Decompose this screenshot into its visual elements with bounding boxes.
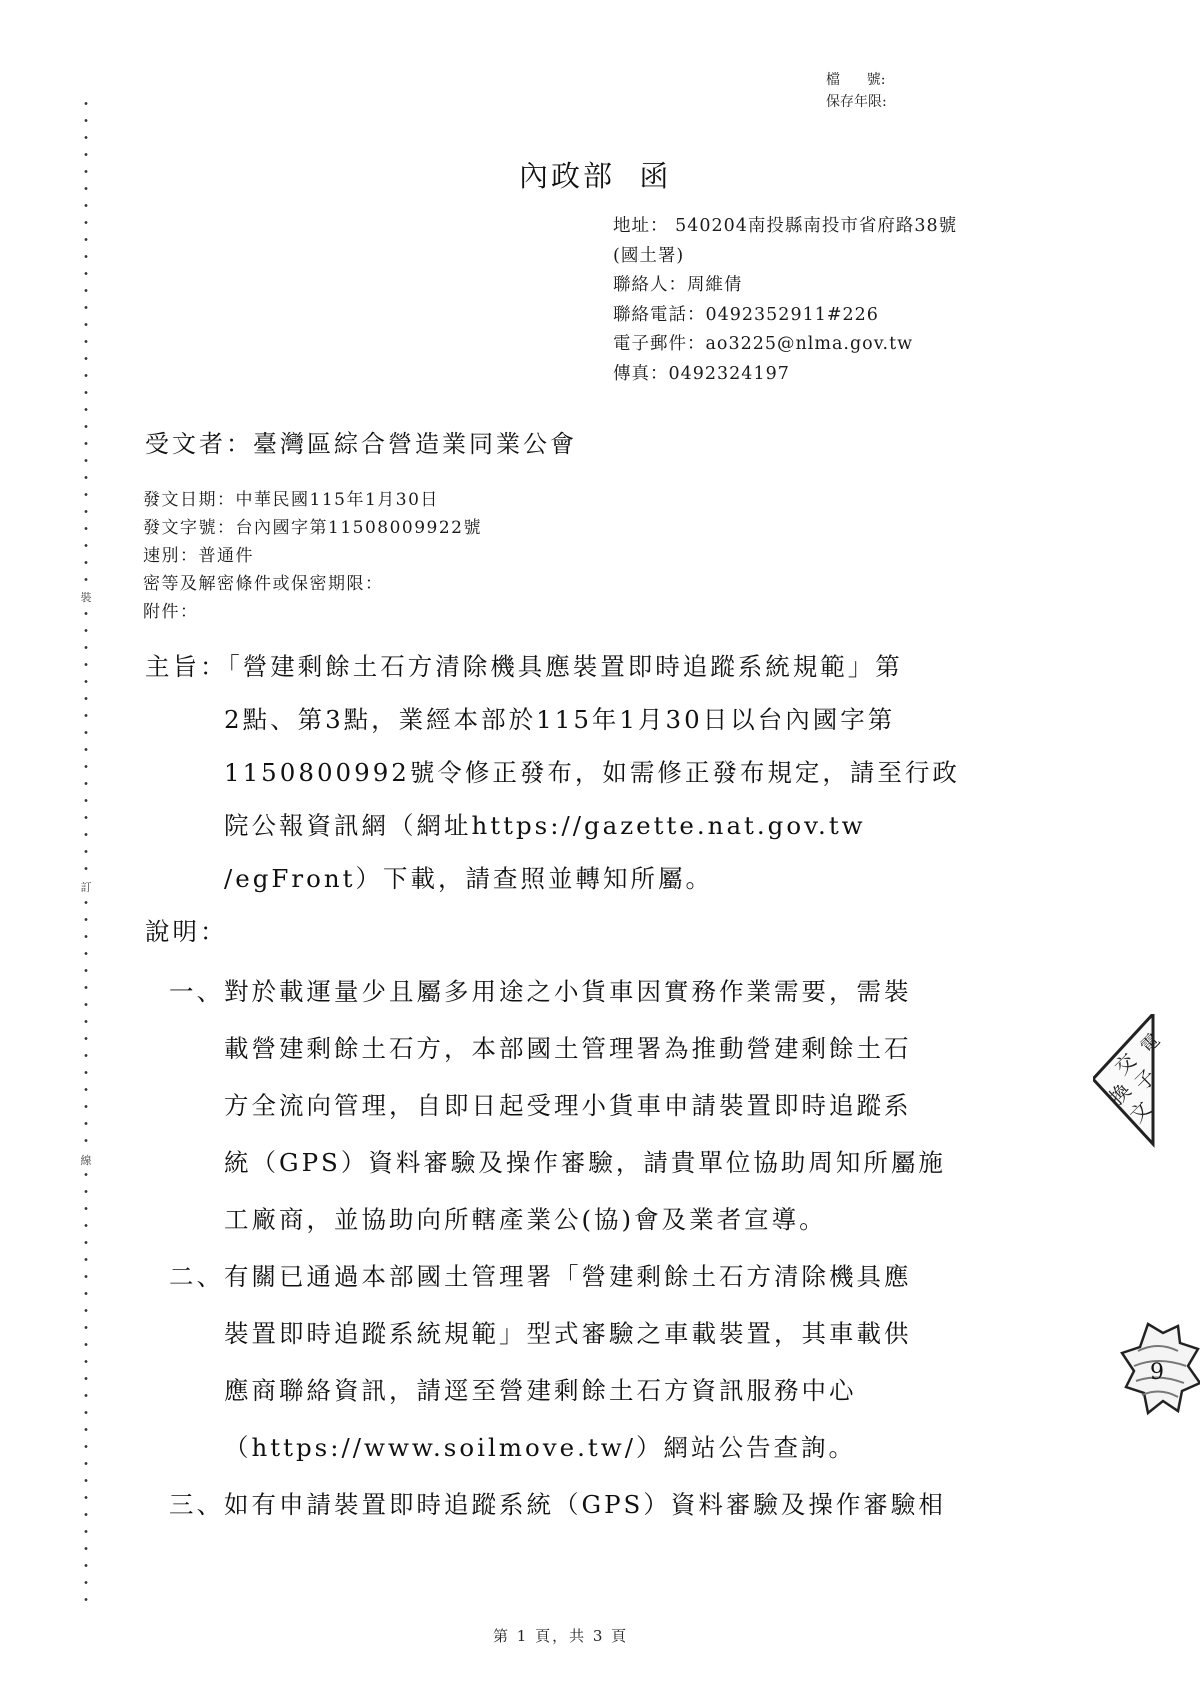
- explanation-item-3-line: 三、如有申請裝置即時追蹤系統（GPS）資料審驗及操作審驗相: [169, 1485, 946, 1525]
- explanation-item-2-line: （https://www.soilmove.tw/）網站公告查詢。: [224, 1428, 856, 1468]
- explanation-item-1-line: 統（GPS）資料審驗及操作審驗，請貴單位協助周知所屬施: [224, 1143, 946, 1183]
- file-info: 檔 號: 保存年限:: [826, 69, 887, 113]
- file-number-label: 檔 號:: [826, 69, 887, 91]
- subject-line: /egFront）下載，請查照並轉知所屬。: [224, 859, 713, 899]
- round-seal-icon: 9: [1118, 1321, 1200, 1421]
- subject-line: 主旨：「營建剩餘土石方清除機具應裝置即時追蹤系統規範」第: [145, 647, 903, 687]
- sender-phone: 聯絡電話：0492352911#226: [613, 301, 957, 331]
- document-meta: 發文日期：中華民國115年1月30日 發文字號：台內國字第11508009922…: [143, 486, 482, 626]
- retention-period-label: 保存年限:: [826, 91, 887, 113]
- binding-dotted-line: [84, 95, 88, 1605]
- classification: 密等及解密條件或保密期限：: [143, 570, 482, 598]
- explanation-item-2-line: 裝置即時追蹤系統規範」型式審驗之車載裝置，其車載供: [224, 1314, 912, 1354]
- urgency: 速別：普通件: [143, 542, 482, 570]
- attachments: 附件：: [143, 598, 482, 626]
- binding-label-bind: 裝: [78, 590, 94, 606]
- sender-address-unit: (國土署): [613, 242, 957, 272]
- explanation-item-2-line: 應商聯絡資訊，請逕至營建剩餘土石方資訊服務中心: [224, 1371, 857, 1411]
- subject-line: 2點、第3點，業經本部於115年1月30日以台內國字第: [224, 700, 895, 740]
- explanation-label: 說明：: [145, 912, 228, 952]
- seal-number: 9: [1150, 1360, 1164, 1385]
- sender-contact-person: 聯絡人：周維倩: [613, 271, 957, 301]
- page-indicator: 第 1 頁，共 3 頁: [493, 1625, 628, 1646]
- document-page: 裝 訂 線 檔 號: 保存年限: 內政部 函 地址： 540204南投縣南投市省…: [0, 0, 1200, 1696]
- page-seal-stamp: 9: [1118, 1321, 1200, 1421]
- explanation-item-1-line: 方全流向管理，自即日起受理小貨車申請裝置即時追蹤系: [224, 1086, 912, 1126]
- subject-line: 1150800992號令修正發布，如需修正發布規定，請至行政: [224, 753, 960, 793]
- sender-email: 電子郵件：ao3225@nlma.gov.tw: [613, 330, 957, 360]
- explanation-item-2-line: 二、有關已通過本部國土管理署「營建剩餘土石方清除機具應: [169, 1257, 912, 1297]
- binding-label-staple: 訂: [78, 880, 94, 896]
- sender-fax: 傳真：0492324197: [613, 360, 957, 390]
- binding-label-line: 線: [78, 1153, 94, 1169]
- explanation-item-1-line: 一、對於載運量少且屬多用途之小貨車因實務作業需要，需裝: [169, 972, 912, 1012]
- explanation-item-1-line: 載營建剩餘土石方，本部國土管理署為推動營建剩餘土石: [224, 1029, 912, 1069]
- explanation-item-1-line: 工廠商，並協助向所轄產業公(協)會及業者宣導。: [224, 1200, 827, 1240]
- sender-address: 地址： 540204南投縣南投市省府路38號: [613, 212, 957, 242]
- triangle-seal-icon: 電 交 子 換 文: [1093, 1014, 1200, 1154]
- sender-info: 地址： 540204南投縣南投市省府路38號 (國土署) 聯絡人：周維倩 聯絡電…: [613, 212, 957, 389]
- subject-line: 院公報資訊網（網址https://gazette.nat.gov.tw: [224, 806, 866, 846]
- document-title: 內政部 函: [519, 154, 671, 195]
- recipient: 受文者：臺灣區綜合營造業同業公會: [145, 424, 577, 459]
- electronic-exchange-seal: 電 交 子 換 文: [1093, 1014, 1200, 1154]
- issue-date: 發文日期：中華民國115年1月30日: [143, 486, 482, 514]
- document-number: 發文字號：台內國字第11508009922號: [143, 514, 482, 542]
